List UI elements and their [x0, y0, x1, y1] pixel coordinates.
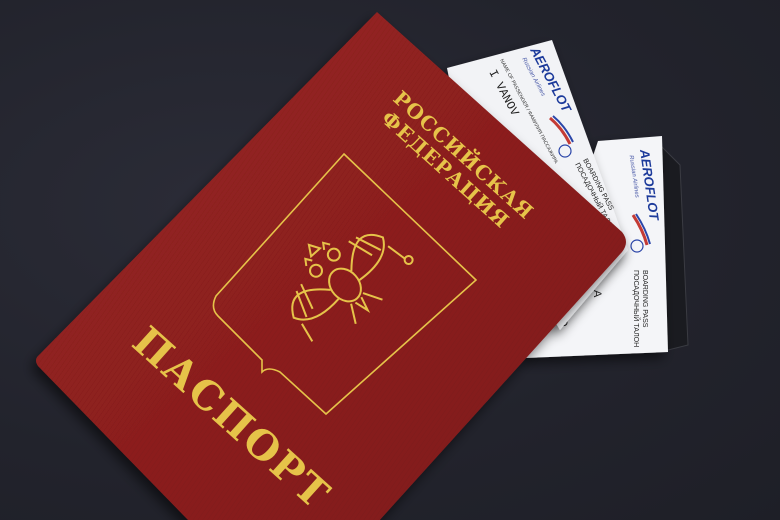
ticket2-type-en: BOARDING PASS: [641, 270, 648, 328]
ticket2-type-ru: ПОСАДОЧНЫЙ ТАЛОН: [632, 270, 641, 347]
photo-scene: AEROFLOT Russian Airlines BOARDING PASS …: [0, 0, 780, 520]
